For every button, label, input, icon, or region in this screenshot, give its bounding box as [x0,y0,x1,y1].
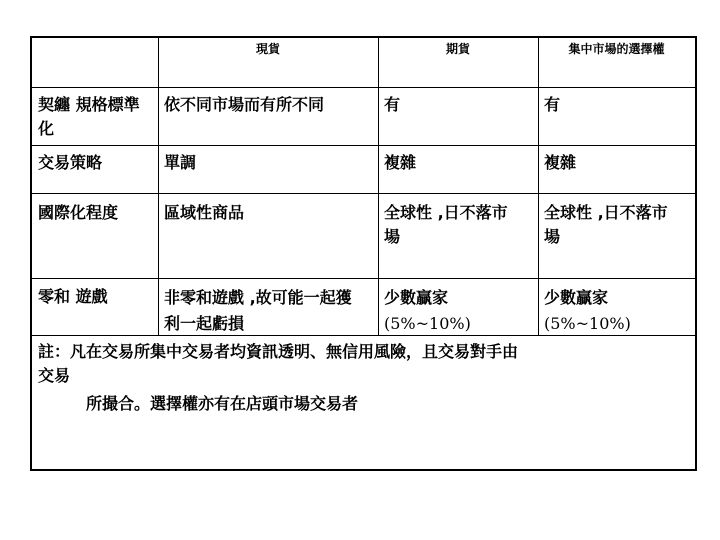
header-spot: 現貨 [158,38,378,60]
comparison-table: 現貨 期貨 集中市場的選擇權 契纏 規格標準化 依不同市場而有所不同 有 有 交… [30,36,697,471]
row-divider [32,145,695,146]
cell-futures: 複雜 [378,148,538,178]
row-divider [32,278,695,279]
row-divider [32,193,695,194]
header-futures: 期貨 [378,38,538,60]
note-line3: 所撮合。選擇權亦有在店頭市場交易者 [38,392,689,416]
cell-futures: 少數贏家 (5%~10%) [378,282,538,340]
cell-spot: 單調 [158,148,378,178]
cell-options: 少數贏家 (5%~10%) [538,282,695,340]
row-label: 契纏 規格標準化 [32,90,158,144]
row-divider [32,87,695,88]
cell-options: 有 [538,90,695,120]
note-line1: 註：凡在交易所集中交易者均資訊透明、無信用風險，且交易對手由 [38,340,689,364]
cell-futures-line2: (5%~10%) [384,311,532,337]
cell-futures-line1: 少數贏家 [384,285,532,311]
table-note: 註：凡在交易所集中交易者均資訊透明、無信用風險，且交易對手由 交易 所撮合。選擇… [32,336,695,420]
cell-futures: 有 [378,90,538,120]
cell-spot: 非零和遊戲 ,故可能一起獲利一起虧損 [158,282,368,340]
header-options: 集中市場的選擇權 [538,38,695,60]
row-label: 交易策略 [32,148,158,178]
cell-options-line1: 少數贏家 [544,285,689,311]
row-label: 零和 遊戲 [32,282,158,312]
cell-options: 複雜 [538,148,695,178]
row-label: 國際化程度 [32,198,158,228]
cell-options: 全球性 ,日不落市場 [538,198,688,252]
note-line2: 交易 [38,364,689,388]
cell-spot: 區域性商品 [158,198,378,228]
cell-spot: 依不同市場而有所不同 [158,90,358,120]
cell-options-line2: (5%~10%) [544,311,689,337]
cell-futures: 全球性 ,日不落市場 [378,198,518,252]
